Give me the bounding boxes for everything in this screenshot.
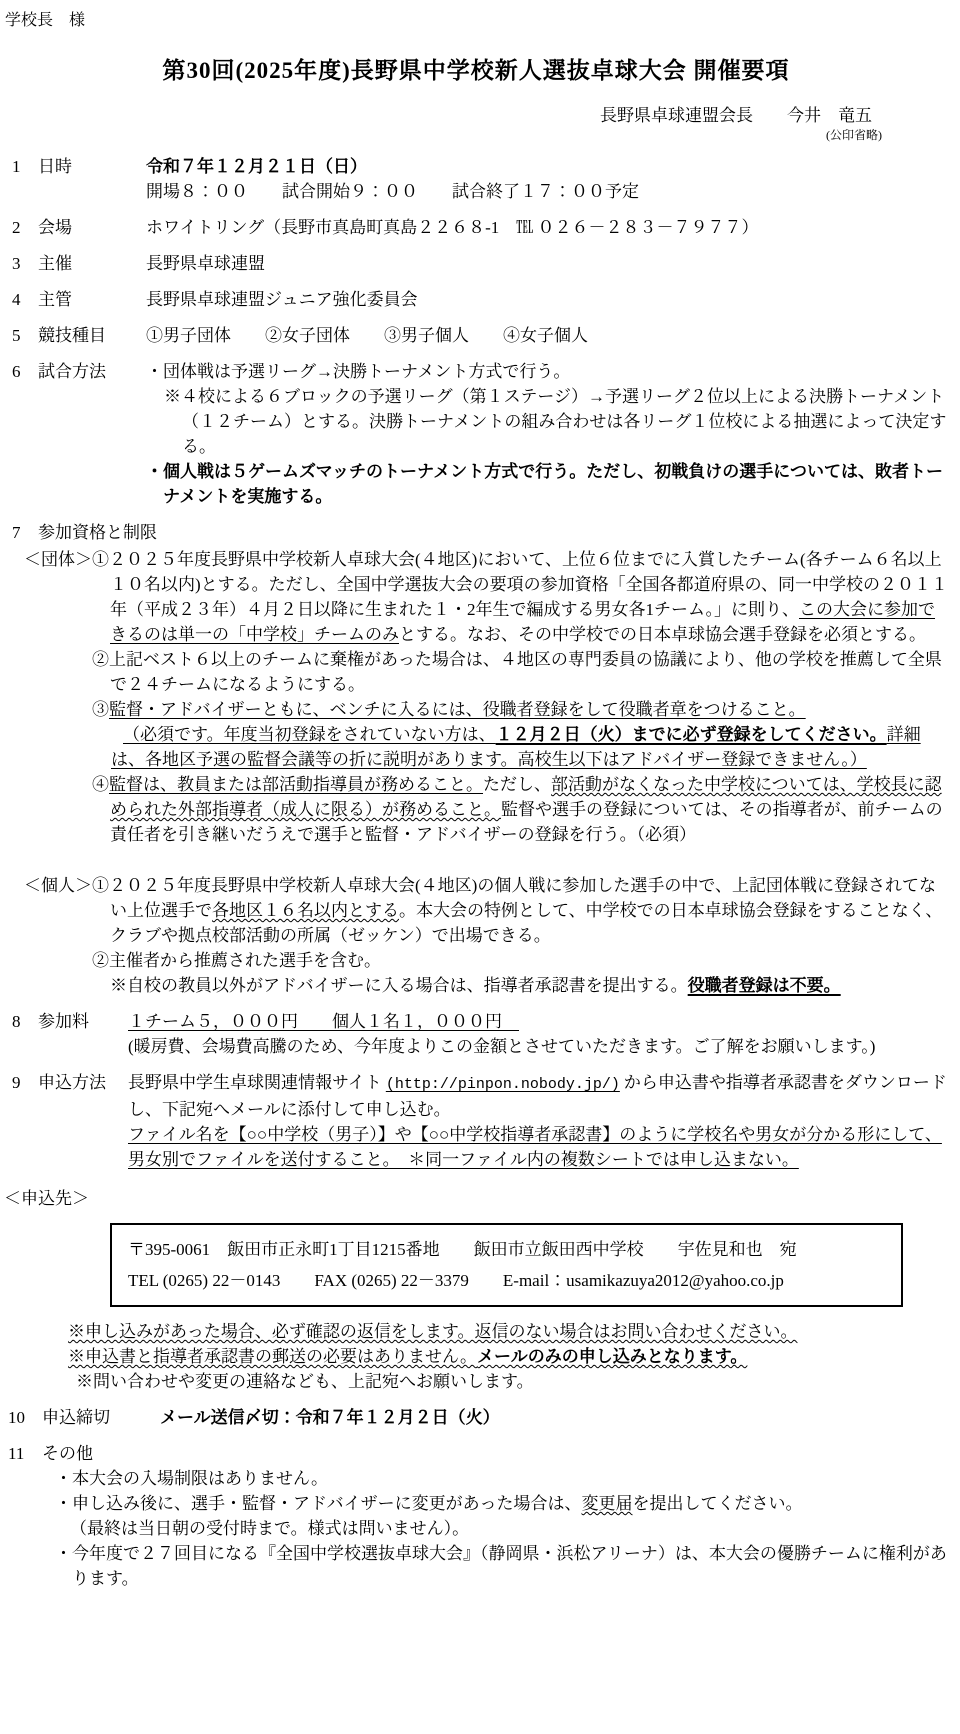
eligibility-individual-group: ＜個人＞ ①２０２５年度長野県中学校新人卓球大会(４地区)の個人戦に参加した選手…	[0, 873, 952, 998]
section-label: 参加料	[38, 1009, 128, 1059]
team-rule-4: ④監督は、教員または部活動指導員が務めること。ただし、部活動がなくなった中学校に…	[92, 772, 950, 847]
section-number: 8	[0, 1009, 38, 1059]
section-number: 2	[0, 215, 38, 240]
apply-note-3: ※問い合わせや変更の連絡なども、上記宛へお願いします。	[0, 1369, 952, 1394]
apply-contacts: TEL (0265) 22－0143 FAX (0265) 22－3379 E-…	[128, 1265, 885, 1296]
deadline-text: メール送信〆切：令和７年１２月２日（火）	[160, 1405, 952, 1430]
coach-rule-underlined: 監督は、教員または部活動指導員が務めること。	[109, 775, 483, 794]
events-text: ①男子団体 ②女子団体 ③男子個人 ④女子個人	[146, 323, 952, 348]
advisor-note-bold: 役職者登録は不要。	[688, 976, 841, 995]
document-page: 学校長 様 第30回(2025年度)長野県中学校新人選抜卓球大会 開催要項 長野…	[0, 0, 960, 1734]
item-number: ①	[92, 876, 109, 895]
fee-note: (暖房費、会場費高騰のため、今年度よりこの金額とさせていただきます。ご了解をお願…	[128, 1034, 952, 1059]
other-bullet-2: ・申し込み後に、選手・監督・アドバイザーに変更があった場合は、変更届を提出してく…	[0, 1491, 952, 1516]
team-rule-2-text: 上記ベスト６以上のチームに棄権があった場合は、４地区の専門委員の協議により、他の…	[109, 650, 942, 694]
section-number: 11	[0, 1441, 42, 1466]
section-label: 試合方法	[38, 359, 146, 509]
application-method-text: 長野県中学生卓球関連情報サイト(http://pinpon.nobody.jp/…	[128, 1070, 952, 1122]
section-label: 日時	[38, 154, 146, 204]
page-title: 第30回(2025年度)長野県中学校新人選抜卓球大会 開催要項	[0, 55, 952, 87]
event-date: 令和７年１２月２１日（日）	[146, 154, 952, 179]
section-label: 主管	[38, 287, 146, 312]
section-label: 会場	[38, 215, 146, 240]
section-label: 参加資格と制限	[38, 520, 157, 545]
coach-rule-mid: ただし、	[483, 775, 551, 794]
individual-format-rule: ・個人戦は５ゲームズマッチのトーナメント方式で行う。ただし、初戦負けの選手につい…	[146, 459, 952, 509]
other-bullet-2-cont: （最終は当日朝の受付時まで。様式は問いません）。	[0, 1516, 952, 1541]
other-bullet-3: ・今年度で２７回目になる『全国中学校選抜卓球大会』（静岡県・浜松アリーナ）は、本…	[0, 1541, 952, 1591]
item-number: ②	[92, 650, 109, 669]
individual-rule-2-text: 主催者から推薦された選手を含む。	[109, 951, 381, 970]
item-number: ④	[92, 775, 109, 794]
organizer-text: 長野県卓球連盟	[146, 251, 952, 276]
apply-to-label: ＜申込先＞	[0, 1186, 952, 1211]
section-label: 申込締切	[42, 1405, 160, 1430]
change-rule-text: ・申し込み後に、選手・監督・アドバイザーに変更があった場合は、	[55, 1494, 582, 1513]
team-rule-3: ③監督・アドバイザーともに、ベンチに入るには、役職者登録をして役職者章をつけるこ…	[92, 697, 950, 722]
file-naming-rule: ファイル名を【○○中学校（男子）】や【○○中学校指導者承認書】のように学校名や男…	[128, 1122, 952, 1172]
section-number: 9	[0, 1070, 38, 1172]
section-fees: 8 参加料 １チーム５，０００円 個人１名１，０００円 (暖房費、会場費高騰のた…	[0, 1009, 952, 1059]
apply-note-2-bold: メールのみの申し込みとなります。	[477, 1347, 747, 1366]
section-number: 4	[0, 287, 38, 312]
individual-rule-2: ②主催者から推薦された選手を含む。	[92, 948, 950, 973]
change-form-wavy: 変更届	[582, 1494, 633, 1513]
section-datetime: 1 日時 令和７年１２月２１日（日） 開場８：００ 試合開始９：００ 試合終了１…	[0, 154, 952, 204]
item-number: ①	[92, 550, 109, 569]
team-rule-1: ①２０２５年度長野県中学校新人卓球大会(４地区)において、上位６位までに入賞した…	[92, 547, 950, 647]
other-bullet-1: ・本大会の入場制限はありません。	[0, 1466, 952, 1491]
team-group-label: ＜団体＞	[0, 547, 92, 847]
apply-to-box: 〒395-0061 飯田市正永町1丁目1215番地 飯田市立飯田西中学校 宇佐見…	[110, 1223, 903, 1307]
section-deadline: 10 申込締切 メール送信〆切：令和７年１２月２日（火）	[0, 1405, 952, 1430]
apply-note-1: ※申し込みがあった場合、必ず確認の返信をします。返信のない場合はお問い合わせくだ…	[68, 1322, 797, 1341]
advisor-note: ※自校の教員以外がアドバイザーに入る場合は、指導者承認書を提出する。役職者登録は…	[92, 973, 950, 998]
section-events: 5 競技種目 ①男子団体 ②女子団体 ③男子個人 ④女子個人	[0, 323, 952, 348]
item-number: ②	[92, 951, 109, 970]
issuer-line: 長野県卓球連盟会長 今井 竜五	[0, 103, 952, 128]
section-eligibility-header: 7 参加資格と制限	[0, 520, 952, 545]
section-organizer: 3 主催 長野県卓球連盟	[0, 251, 952, 276]
section-label: 競技種目	[38, 323, 146, 348]
section-label: 主催	[38, 251, 146, 276]
section-number: 5	[0, 323, 38, 348]
section-number: 6	[0, 359, 38, 509]
fee-amounts: １チーム５，０００円 個人１名１，０００円	[128, 1012, 519, 1031]
team-format-rule: ・団体戦は予選リーグ→決勝トーナメント方式で行う。	[146, 359, 952, 384]
section-number: 10	[0, 1405, 42, 1430]
section-number: 7	[0, 520, 38, 545]
salutation: 学校長 様	[0, 8, 952, 33]
venue-text: ホワイトリング（長野市真島町真島２２６８-1 ℡ ０２６－２８３－７９７７）	[146, 215, 952, 240]
team-rule-1-tail: とする。なお、その中学校での日本卓球協会選手登録を必須とする。	[399, 625, 926, 644]
apply-note-2: ※申込書と指導者承認書の郵送の必要はありません。	[68, 1347, 477, 1366]
section-other-header: 11 その他	[0, 1441, 952, 1466]
section-number: 3	[0, 251, 38, 276]
registration-note-lead: （必須です。年度当初登録をされていない方は、	[123, 725, 496, 744]
team-format-note: ※４校による６ブロックの予選リーグ（第１ステージ）→予選リーグ２位以上による決勝…	[146, 384, 952, 459]
registration-deadline-bold: １２月２日（火）までに必ず登録をしてください。	[496, 725, 887, 744]
section-management: 4 主管 長野県卓球連盟ジュニア強化委員会	[0, 287, 952, 312]
team-rule-3-note: （必須です。年度当初登録をされていない方は、１２月２日（火）までに必ず登録をして…	[92, 722, 950, 772]
individual-rule-1: ①２０２５年度長野県中学校新人卓球大会(４地区)の個人戦に参加した選手の中で、上…	[92, 873, 950, 948]
change-rule-tail: を提出してください。	[633, 1494, 803, 1513]
management-text: 長野県卓球連盟ジュニア強化委員会	[146, 287, 952, 312]
section-venue: 2 会場 ホワイトリング（長野市真島町真島２２６８-1 ℡ ０２６－２８３－７９…	[0, 215, 952, 240]
apply-address: 〒395-0061 飯田市正永町1丁目1215番地 飯田市立飯田西中学校 宇佐見…	[128, 1234, 885, 1265]
seal-omitted-note: (公印省略)	[0, 128, 952, 143]
section-number: 1	[0, 154, 38, 204]
item-number: ③	[92, 700, 109, 719]
advisor-note-text: ※自校の教員以外がアドバイザーに入る場合は、指導者承認書を提出する。	[110, 976, 688, 995]
individual-group-label: ＜個人＞	[0, 873, 92, 998]
individual-rule-1-wavy: 各地区１６名以内とする	[212, 901, 399, 920]
event-times: 開場８：００ 試合開始９：００ 試合終了１７：００予定	[146, 179, 952, 204]
site-url-link[interactable]: (http://pinpon.nobody.jp/)	[386, 1076, 620, 1093]
team-rule-2: ②上記ベスト６以上のチームに棄権があった場合は、４地区の専門委員の協議により、他…	[92, 647, 950, 697]
section-match-format: 6 試合方法 ・団体戦は予選リーグ→決勝トーナメント方式で行う。 ※４校による６…	[0, 359, 952, 509]
team-rule-3-underlined: 監督・アドバイザーともに、ベンチに入るには、役職者登録をして役職者章をつけること…	[109, 700, 806, 719]
section-application-method: 9 申込方法 長野県中学生卓球関連情報サイト(http://pinpon.nob…	[0, 1070, 952, 1172]
site-name: 長野県中学生卓球関連情報サイト	[128, 1073, 382, 1092]
eligibility-team-group: ＜団体＞ ①２０２５年度長野県中学校新人卓球大会(４地区)において、上位６位まで…	[0, 547, 952, 847]
section-label: 申込方法	[38, 1070, 128, 1172]
section-label: その他	[42, 1441, 93, 1466]
